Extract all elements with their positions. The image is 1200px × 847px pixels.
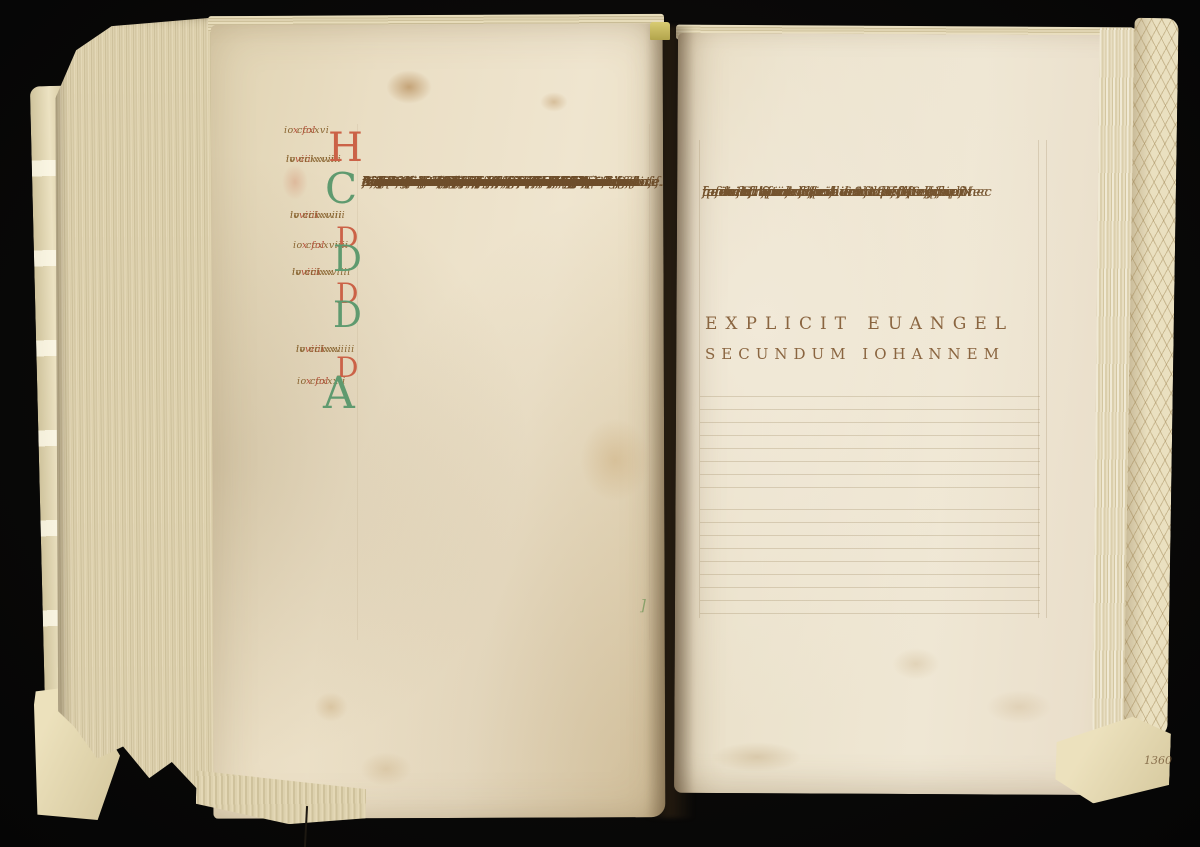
margin-ruling-line (649, 124, 650, 640)
explicit-title-line2: SECUNDUM IOHANNEM (705, 345, 1005, 363)
margin-ruling-line (699, 140, 700, 618)
initial-C: C (325, 168, 357, 210)
blind-ruling-lower (700, 497, 1040, 615)
canon-number: x ſol (284, 126, 316, 136)
manuscript-line: luſ ille nonmoritur. Et nondixit ihſ qui… (362, 174, 608, 193)
left-page-text-block: ociam tertio manifeſtatuſ ē ihſ diſcipul… (362, 129, 662, 174)
margin-ruling-line (1038, 140, 1039, 618)
initial-A: A (323, 372, 355, 416)
right-page-text-block: nonmoritur. ſed ſic eum uolo manere done… (702, 140, 1032, 185)
margin-ruling-line (1046, 140, 1047, 618)
initial-D: D (333, 242, 362, 278)
green-margin-bracket: ] (640, 596, 646, 614)
initial-D: D (333, 298, 362, 334)
explicit-title-line1: EXPLICIT EUANGEL (705, 314, 1014, 334)
blind-ruling-upper (700, 384, 1040, 489)
gutter-top-bookmark-tab (650, 22, 670, 40)
manuscript-photo: io ccxxvi x ſol io ccxxvii viii lv cclxx… (0, 0, 1200, 847)
left-page-block-fore-edge (53, 17, 221, 814)
folio-mark: 1360 (1144, 754, 1172, 767)
initial-H: H (328, 128, 363, 168)
canon-number: x ſol (293, 241, 325, 251)
manuscript-line: ſcribendi ſunt libroſ. A M E N . (702, 185, 920, 204)
